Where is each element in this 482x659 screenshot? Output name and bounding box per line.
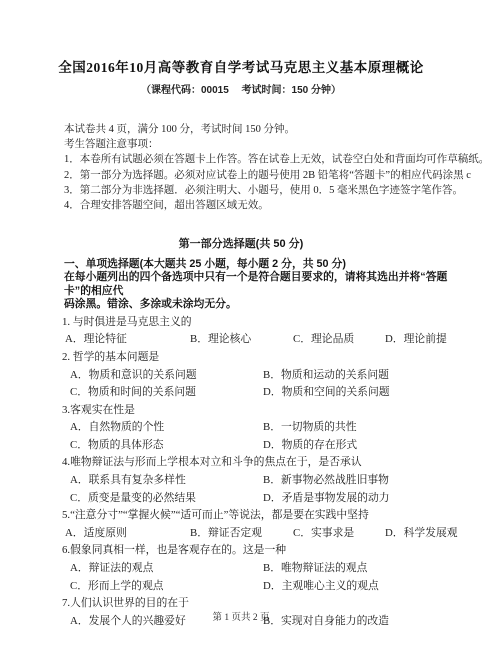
- question-2-option-D: D．物质和空间的关系问题: [263, 384, 464, 402]
- notice-list: 1．本卷所有试题必须在答题卡上作答。答在试卷上无效，试卷空白处和背面均可作草稿纸…: [64, 152, 462, 213]
- question-6-stem: 6.假象同真相一样，也是客观存在的。这是一种: [62, 542, 464, 560]
- instruction-line-2: 码涂黑。错涂、多涂或未涂均无分。: [64, 298, 466, 312]
- question-1-option-B: B．理论核心: [190, 331, 293, 349]
- notice-item-3: 3．第二部分为非选择题．必须注明大、小题号，使用 0．5 毫米黑色字迹签字笔作答…: [64, 183, 462, 198]
- question-5-option-B: B．辩证否定观: [190, 525, 293, 543]
- question-5-option-A: A．适度原则: [65, 525, 190, 543]
- question-2-option-C: C．物质和时间的关系问题: [70, 384, 263, 402]
- question-2-stem: 2. 哲学的基本问题是: [62, 349, 464, 367]
- question-3-option-B: B．一切物质的共性: [263, 419, 464, 437]
- question-6-option-row: A．辩证法的观点B．唯物辩证法的观点: [62, 560, 464, 578]
- exam-paper-page: 全国2016年10月高等教育自学考试马克思主义基本原理概论 （课程代码：0001…: [0, 0, 482, 659]
- question-3-option-D: D．物质的存在形式: [263, 437, 464, 455]
- question-3-stem: 3.客观实在性是: [62, 402, 464, 420]
- question-2-option-row: A．物质和意识的关系问题B．物质和运动的关系问题: [62, 367, 464, 385]
- question-4-option-row: C．质变是量变的必然结果D．矛盾是事物发展的动力: [62, 490, 464, 508]
- notice-item-1: 1．本卷所有试题必须在答题卡上作答。答在试卷上无效，试卷空白处和背面均可作草稿纸…: [64, 152, 462, 167]
- page-number: 第 1 页共 2 页: [0, 609, 482, 623]
- exam-summary-line: 本试卷共 4 页，满分 100 分，考试时间 150 分钟。: [64, 122, 462, 137]
- question-1-option-C: C．理论品质: [293, 331, 385, 349]
- question-5-option-C: C．实事求是: [293, 525, 385, 543]
- question-2: 2. 哲学的基本问题是A．物质和意识的关系问题B．物质和运动的关系问题C．物质和…: [62, 349, 464, 402]
- question-6-option-C: C．形而上学的观点: [70, 578, 263, 596]
- question-6: 6.假象同真相一样，也是客观存在的。这是一种A．辩证法的观点B．唯物辩证法的观点…: [62, 542, 464, 595]
- question-1-option-A: A．理论特征: [65, 331, 190, 349]
- question-1: 1. 与时俱进是马克思主义的A．理论特征B．理论核心C．理论品质D．理论前提: [62, 314, 464, 349]
- question-3: 3.客观实在性是A．自然物质的个性B．一切物质的共性C．物质的具体形态D．物质的…: [62, 402, 464, 455]
- question-list: 1. 与时俱进是马克思主义的A．理论特征B．理论核心C．理论品质D．理论前提2.…: [62, 314, 464, 631]
- part-one-title: 第一部分选择题(共 50 分): [0, 235, 482, 251]
- single-choice-instructions: 在每小题列出的四个备选项中只有一个是符合题目要求的，请将其选出并将“答题卡”的相…: [64, 271, 466, 312]
- single-choice-section-title: 一、单项选择题(本大题共 25 小题，每小题 2 分，共 50 分): [64, 256, 462, 271]
- question-2-option-B: B．物质和运动的关系问题: [263, 367, 464, 385]
- question-4: 4.唯物辩证法与形而上学根本对立和斗争的焦点在于，是否承认A．联系具有复杂多样性…: [62, 454, 464, 507]
- question-5-option-row: A．适度原则B．辩证否定观C．实事求是D．科学发展观: [62, 525, 464, 543]
- question-4-option-A: A．联系具有复杂多样性: [70, 472, 263, 490]
- question-6-option-row: C．形而上学的观点D．主观唯心主义的观点: [62, 578, 464, 596]
- question-6-option-A: A．辩证法的观点: [70, 560, 263, 578]
- exam-title: 全国2016年10月高等教育自学考试马克思主义基本原理概论: [0, 0, 482, 76]
- question-3-option-C: C．物质的具体形态: [70, 437, 263, 455]
- question-2-option-row: C．物质和时间的关系问题D．物质和空间的关系问题: [62, 384, 464, 402]
- exam-subtitle-course-code: （课程代码：00015 考试时间：150 分钟）: [0, 81, 482, 96]
- question-1-option-D: D．理论前提: [385, 331, 464, 349]
- notice-item-2: 2．第一部分为选择题。必须对应试卷上的题号使用 2B 铅笔将“答题卡”的相应代码…: [64, 168, 462, 183]
- question-5: 5.“注意分寸”“掌握火候”“适可而止”等说法，都是要在实践中坚持A．适度原则B…: [62, 507, 464, 542]
- question-1-stem: 1. 与时俱进是马克思主义的: [62, 314, 464, 332]
- question-3-option-row: A．自然物质的个性B．一切物质的共性: [62, 419, 464, 437]
- exam-notice-block: 本试卷共 4 页，满分 100 分，考试时间 150 分钟。 考生答题注意事项：…: [64, 122, 462, 213]
- question-4-option-D: D．矛盾是事物发展的动力: [263, 490, 464, 508]
- question-4-option-C: C．质变是量变的必然结果: [70, 490, 263, 508]
- question-5-option-D: D．科学发展观: [385, 525, 464, 543]
- instruction-line-1: 在每小题列出的四个备选项中只有一个是符合题目要求的，请将其选出并将“答题卡”的相…: [64, 271, 466, 298]
- notice-heading: 考生答题注意事项：: [64, 137, 462, 152]
- question-5-stem: 5.“注意分寸”“掌握火候”“适可而止”等说法，都是要在实践中坚持: [62, 507, 464, 525]
- question-6-option-D: D．主观唯心主义的观点: [263, 578, 464, 596]
- question-4-stem: 4.唯物辩证法与形而上学根本对立和斗争的焦点在于，是否承认: [62, 454, 464, 472]
- question-6-option-B: B．唯物辩证法的观点: [263, 560, 464, 578]
- notice-item-4: 4．合理安排答题空间，超出答题区域无效。: [64, 198, 462, 213]
- question-2-option-A: A．物质和意识的关系问题: [70, 367, 263, 385]
- question-1-option-row: A．理论特征B．理论核心C．理论品质D．理论前提: [62, 331, 464, 349]
- question-3-option-A: A．自然物质的个性: [70, 419, 263, 437]
- question-3-option-row: C．物质的具体形态D．物质的存在形式: [62, 437, 464, 455]
- question-4-option-row: A．联系具有复杂多样性B．新事物必然战胜旧事物: [62, 472, 464, 490]
- question-4-option-B: B．新事物必然战胜旧事物: [263, 472, 464, 490]
